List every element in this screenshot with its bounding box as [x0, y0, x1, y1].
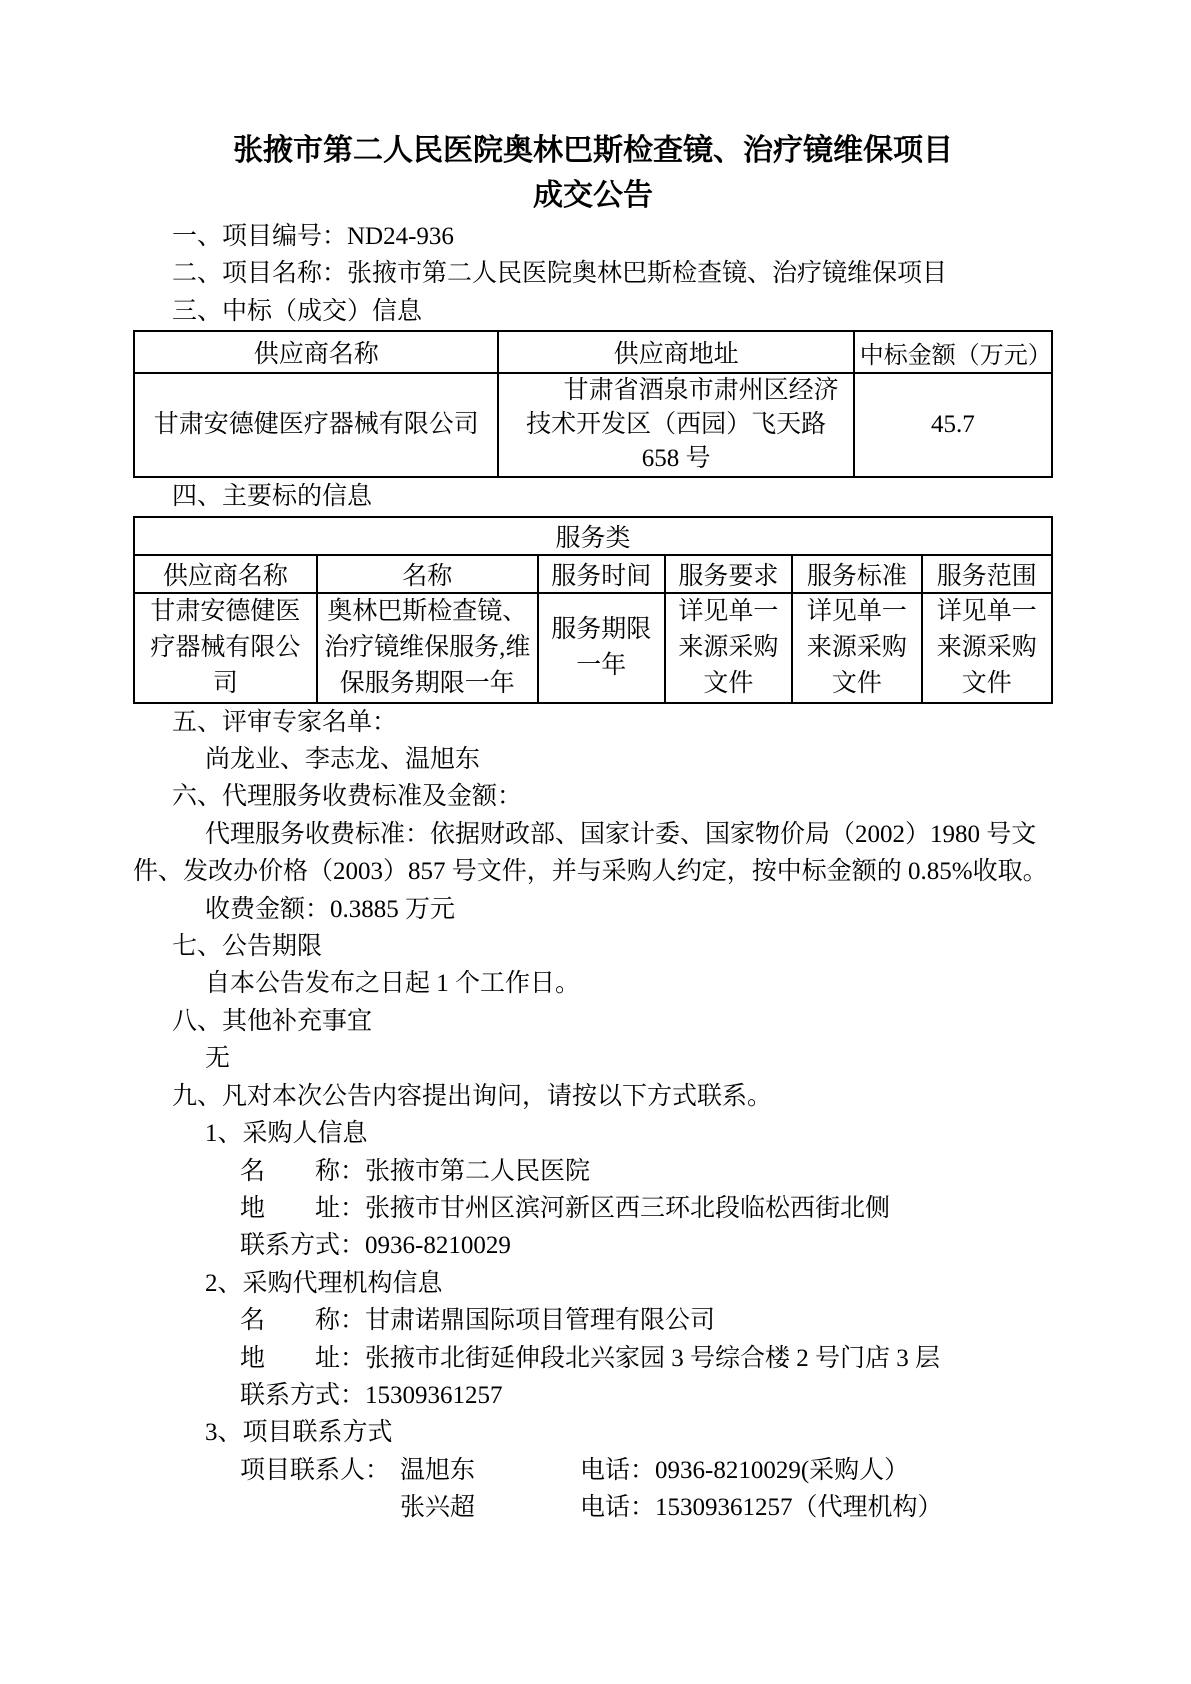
award-th-supplier-address: 供应商地址: [498, 331, 853, 373]
section-agency-fee-heading: 六、代理服务收费标准及金额：: [133, 778, 1053, 815]
subject-cell-service-requirement: 详见单一来源采购文件: [665, 593, 793, 703]
project-contact-label: 项目联系人：: [240, 1452, 400, 1489]
project-contact-heading: 3、项目联系方式: [133, 1414, 1053, 1451]
agency-phone: 联系方式：15309361257: [133, 1377, 1053, 1414]
subject-table-row: 甘肃安德健医疗器械有限公司 奥林巴斯检查镜、治疗镜维保服务,维保服务期限一年 服…: [134, 593, 1052, 703]
section-project-name: 二、项目名称：张掖市第二人民医院奥林巴斯检查镜、治疗镜维保项目: [133, 255, 1053, 292]
subject-category-label: 服务类: [134, 517, 1052, 555]
purchaser-address: 地 址：张掖市甘州区滨河新区西三环北段临松西街北侧: [133, 1190, 1053, 1227]
subject-cell-supplier-name: 甘肃安德健医疗器械有限公司: [134, 593, 317, 703]
project-contact-row-1: 项目联系人： 温旭东 电话：0936-8210029(采购人）: [133, 1452, 1053, 1489]
announcement-period-body: 自本公告发布之日起 1 个工作日。: [133, 965, 1053, 1002]
section-other-matters-heading: 八、其他补充事宜: [133, 1003, 1053, 1040]
agency-name: 名 称：甘肃诺鼎国际项目管理有限公司: [133, 1302, 1053, 1339]
award-th-supplier-name: 供应商名称: [134, 331, 498, 373]
project-contact-person-1: 温旭东: [400, 1452, 580, 1489]
experts-list: 尚龙业、李志龙、温旭东: [133, 741, 1053, 778]
purchaser-phone: 联系方式：0936-8210029: [133, 1227, 1053, 1264]
purchaser-info-heading: 1、采购人信息: [133, 1115, 1053, 1152]
section-experts-heading: 五、评审专家名单：: [133, 704, 1053, 741]
section-award-info-heading: 三、中标（成交）信息: [133, 293, 1053, 330]
subject-cell-name: 奥林巴斯检查镜、治疗镜维保服务,维保服务期限一年: [317, 593, 538, 703]
other-matters-body: 无: [133, 1040, 1053, 1077]
agency-address: 地 址：张掖市北街延伸段北兴家园 3 号综合楼 2 号门店 3 层: [133, 1340, 1053, 1377]
project-contact-phone-1: 电话：0936-8210029(采购人）: [580, 1452, 1053, 1489]
title-line-2: 成交公告: [133, 173, 1053, 218]
award-table-row: 甘肃安德健医疗器械有限公司 甘肃省酒泉市肃州区经济技术开发区（西园）飞天路 65…: [134, 373, 1052, 477]
document-content: 张掖市第二人民医院奥林巴斯检查镜、治疗镜维保项目 成交公告 一、项目编号：ND2…: [0, 0, 1191, 1527]
subject-th-service-standard: 服务标准: [792, 555, 921, 593]
subject-th-name: 名称: [317, 555, 538, 593]
agency-info-heading: 2、采购代理机构信息: [133, 1265, 1053, 1302]
award-cell-amount: 45.7: [854, 373, 1052, 477]
section-inquiry-heading: 九、凡对本次公告内容提出询问，请按以下方式联系。: [133, 1078, 1053, 1115]
subject-th-service-time: 服务时间: [538, 555, 665, 593]
document-title: 张掖市第二人民医院奥林巴斯检查镜、治疗镜维保项目 成交公告: [133, 128, 1053, 218]
section-project-number: 一、项目编号：ND24-936: [133, 218, 1053, 255]
subject-th-service-scope: 服务范围: [922, 555, 1052, 593]
award-table-header-row: 供应商名称 供应商地址 中标金额（万元）: [134, 331, 1052, 373]
subject-cell-service-scope: 详见单一来源采购文件: [922, 593, 1052, 703]
subject-table-category-row: 服务类: [134, 517, 1052, 555]
project-contact-row-2: 张兴超 电话：15309361257（代理机构）: [133, 1489, 1053, 1526]
award-cell-supplier-name: 甘肃安德健医疗器械有限公司: [134, 373, 498, 477]
award-th-amount: 中标金额（万元）: [854, 331, 1052, 373]
award-table: 供应商名称 供应商地址 中标金额（万元） 甘肃安德健医疗器械有限公司 甘肃省酒泉…: [133, 330, 1053, 478]
section-subject-info-heading: 四、主要标的信息: [133, 478, 1053, 515]
subject-th-service-requirement: 服务要求: [665, 555, 793, 593]
document-page: 张掖市第二人民医院奥林巴斯检查镜、治疗镜维保项目 成交公告 一、项目编号：ND2…: [0, 0, 1191, 1684]
project-contact-phone-2: 电话：15309361257（代理机构）: [580, 1489, 1053, 1526]
section-announcement-period-heading: 七、公告期限: [133, 928, 1053, 965]
project-contact-label-spacer: [240, 1489, 400, 1526]
project-contact-person-2: 张兴超: [400, 1489, 580, 1526]
agency-fee-amount: 收费金额：0.3885 万元: [133, 891, 1053, 928]
subject-table-header-row: 供应商名称 名称 服务时间 服务要求 服务标准 服务范围: [134, 555, 1052, 593]
title-line-1: 张掖市第二人民医院奥林巴斯检查镜、治疗镜维保项目: [133, 128, 1053, 173]
purchaser-name: 名 称：张掖市第二人民医院: [133, 1153, 1053, 1190]
award-cell-supplier-address: 甘肃省酒泉市肃州区经济技术开发区（西园）飞天路 658 号: [498, 373, 853, 477]
agency-fee-standard: 代理服务收费标准：依据财政部、国家计委、国家物价局（2002）1980 号文件、…: [133, 816, 1053, 891]
subject-cell-service-standard: 详见单一来源采购文件: [792, 593, 921, 703]
subject-table: 服务类 供应商名称 名称 服务时间 服务要求 服务标准 服务范围 甘肃安德健医疗…: [133, 516, 1053, 704]
subject-th-supplier-name: 供应商名称: [134, 555, 317, 593]
subject-cell-service-time: 服务期限一年: [538, 593, 665, 703]
